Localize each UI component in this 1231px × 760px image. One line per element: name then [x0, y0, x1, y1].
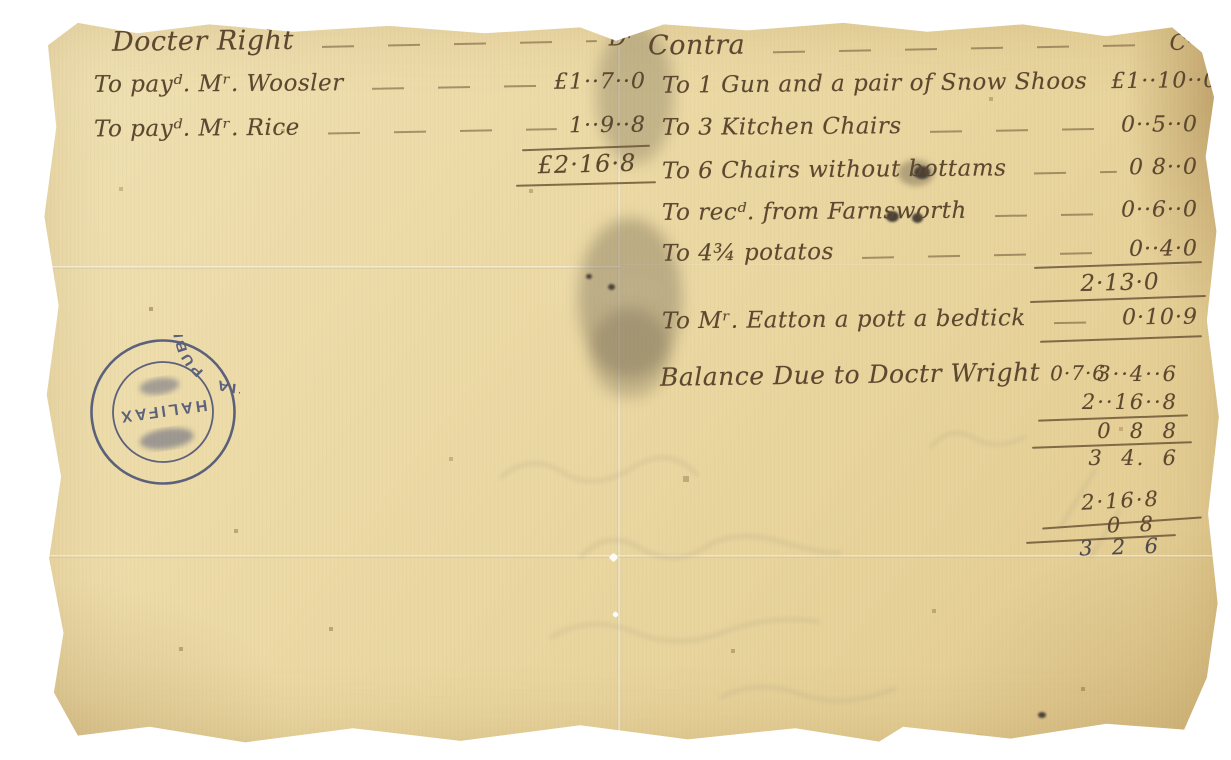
stamp-smudge: [138, 376, 180, 397]
rule-line: [516, 181, 656, 187]
debit-title: Docter Right: [112, 25, 294, 58]
horizontal-crease-upper: [38, 266, 620, 269]
debit-row-label: To payᵈ. Mʳ. Woosler: [94, 70, 344, 98]
dash-rule: [1038, 321, 1110, 324]
paper-sheet: Docter Right Dʳ To payᵈ. Mʳ. Woosler £1·…: [30, 8, 1226, 752]
credit-row-label: To 3 Kitchen Chairs: [662, 113, 902, 141]
dash-rule: [979, 213, 1109, 217]
ink-spot: [974, 736, 984, 743]
dash-rule: [356, 85, 542, 90]
balance-label: Balance Due to Doctr Wright: [660, 357, 1041, 391]
calc-line: 3··4··6: [1040, 362, 1178, 386]
stamp-center-text: HALIFAX: [117, 396, 208, 425]
dash-rule: [757, 43, 1157, 53]
credit-row-label: To Mʳ. Eatton a pott a bedtick: [662, 305, 1026, 334]
credit-row-amount: 0··4·0: [1129, 236, 1198, 262]
credit-row-amount: 0··5··0: [1121, 112, 1198, 138]
ink-spot: [123, 738, 131, 744]
dash-rule: [306, 40, 597, 48]
ink-spot: [586, 274, 592, 279]
dash-rule: [846, 252, 1117, 260]
debit-abbr: Dʳ: [609, 26, 637, 51]
archives-stamp: PUBLIC ARCHIVES OF NOVA SCOTIA HALIFAX: [86, 335, 240, 489]
debit-total: £2·16·8: [537, 149, 636, 180]
ink-spot: [153, 743, 159, 748]
calc-line: 3 4. 6: [1040, 446, 1178, 470]
debit-row-amount: £1··7··0: [554, 69, 646, 95]
paper-speckles: [30, 8, 32, 10]
dash-rule: [914, 128, 1109, 133]
credit-title: Contra: [648, 30, 745, 62]
credit-row-amount: 0 8··0: [1129, 155, 1198, 181]
scanned-document: Docter Right Dʳ To payᵈ. Mʳ. Woosler £1·…: [0, 0, 1231, 760]
credit-row-label: To 6 Chairs without bottams: [662, 155, 1007, 184]
credit-row-amount: 0·10·9: [1122, 305, 1198, 331]
ink-spot: [608, 284, 615, 290]
calc-line: 0 8 8: [1040, 419, 1178, 443]
calc-line: 2··16··8: [1040, 390, 1178, 414]
dash-rule: [312, 128, 557, 135]
stamp-ring-text: PUBLIC ARCHIVES OF NOVA SCOTIA: [161, 335, 240, 406]
stain: [590, 308, 670, 398]
rule-line: [1030, 295, 1206, 303]
credit-abbr: Cʳ: [1169, 31, 1196, 56]
credit-row-label: To 4¾ potatos: [662, 239, 834, 267]
stamp-smudge: [139, 425, 195, 452]
debit-row-amount: 1··9··8: [569, 113, 646, 139]
credit-row-amount: 0··6··0: [1121, 197, 1198, 223]
credit-subtotal: 2·13·0: [1080, 269, 1160, 297]
credit-row-label: To 1 Gun and a pair of Snow Shoos: [662, 68, 1088, 98]
ink-spot: [343, 731, 350, 737]
rule-line: [1040, 335, 1202, 343]
debit-row-label: To payᵈ. Mʳ. Rice: [94, 115, 300, 143]
calc-line: 3 2 6: [1030, 534, 1161, 563]
dash-rule: [1018, 171, 1117, 175]
credit-row-label: To recᵈ. from Farnsworth: [662, 198, 967, 226]
credit-row-amount: £1··10··0: [1111, 68, 1218, 94]
